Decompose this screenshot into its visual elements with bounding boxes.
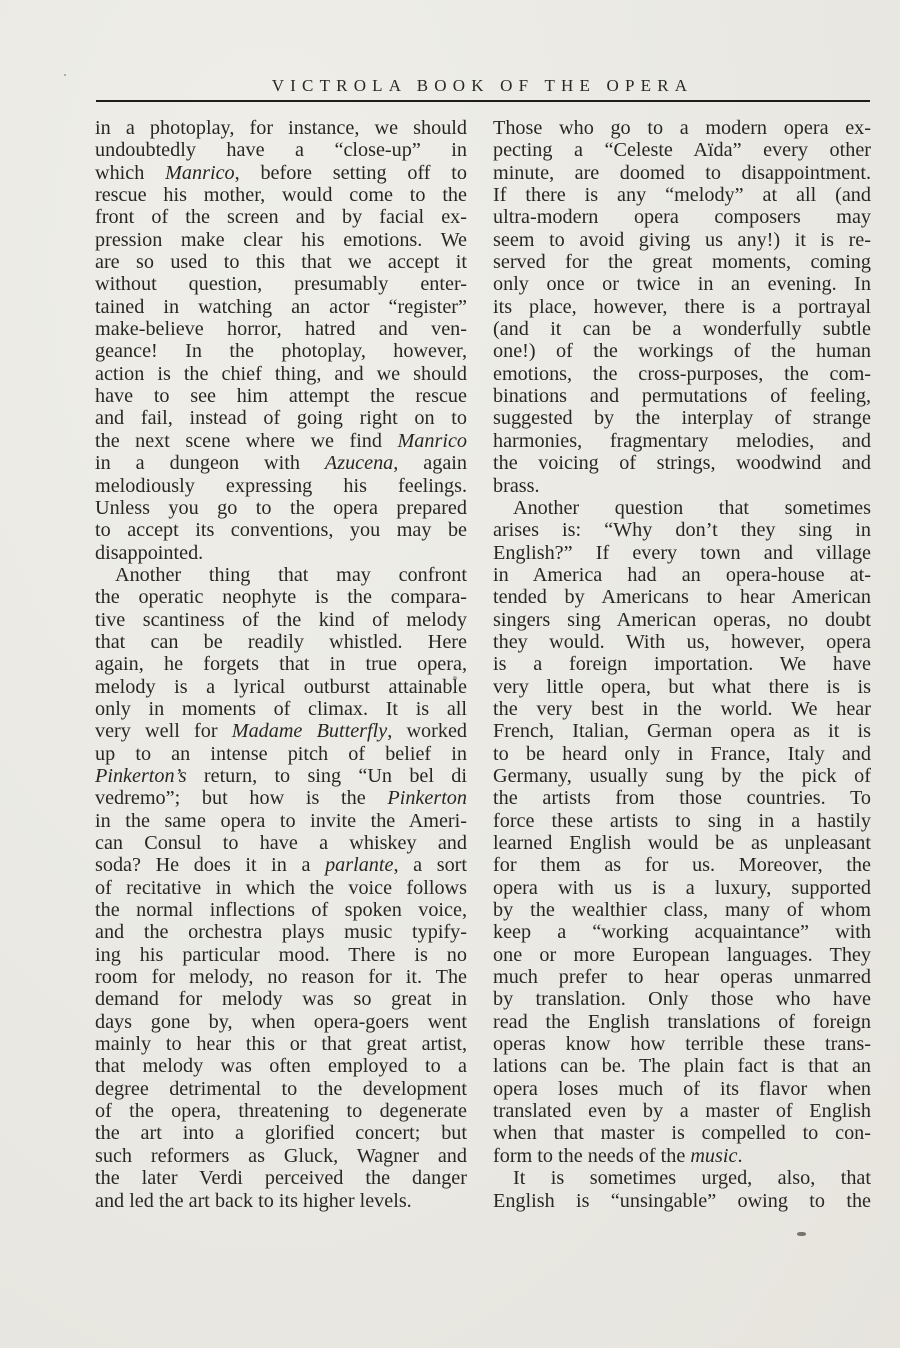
text-line: in a dungeon with Azucena, again	[95, 452, 467, 474]
text-segment: make-believe horror, hatred and ven-	[95, 318, 467, 340]
text-segment: one!) of the workings of the human	[493, 340, 871, 362]
text-segment: Another thing that may confront	[115, 564, 467, 586]
text-line: pecting a “Celeste Aïda” every other	[493, 139, 871, 161]
italic-title: Manrico	[165, 162, 235, 184]
text-line: harmonies, fragmentary melodies, and	[493, 430, 871, 452]
text-line: Those who go to a modern opera ex-	[493, 117, 871, 139]
text-segment: by translation. Only those who have	[493, 988, 871, 1010]
text-line: of the opera, threatening to degenerate	[95, 1100, 467, 1122]
text-line: form to the needs of the music.	[493, 1145, 871, 1167]
text-line: Another question that sometimes	[493, 497, 871, 519]
text-segment: melodiously expressing his feelings.	[95, 475, 467, 497]
text-line: action is the chief thing, and we should	[95, 363, 467, 385]
text-segment: suggested by the interplay of strange	[493, 407, 871, 429]
text-segment: have to see him attempt the rescue	[95, 385, 467, 407]
text-segment: the art into a glorified concert; but	[95, 1122, 467, 1144]
text-line: keep a “working acquaintance” with	[493, 921, 871, 943]
right-column: Those who go to a modern opera ex-pectin…	[493, 117, 871, 1212]
text-segment: , worked	[387, 720, 467, 742]
italic-title: Pinkerton’s	[95, 765, 187, 787]
text-line: without question, presumably enter-	[95, 273, 467, 295]
text-line: Unless you go to the opera prepared	[95, 497, 467, 519]
text-line: to accept its conventions, you may be	[95, 519, 467, 541]
text-segment: the later Verdi perceived the danger	[95, 1167, 467, 1189]
text-line: in America had an opera-house at-	[493, 564, 871, 586]
text-segment: that melody was often employed to a	[95, 1055, 467, 1077]
text-line: very well for Madame Butterfly, worked	[95, 720, 467, 742]
text-line: when that master is compelled to con-	[493, 1122, 871, 1144]
text-line: again, he forgets that in true opera,	[95, 653, 467, 675]
text-segment: disappointed.	[95, 542, 203, 564]
text-line: pression make clear his emotions. We	[95, 229, 467, 251]
text-segment: front of the screen and by facial ex-	[95, 206, 467, 228]
text-segment: Unless you go to the opera prepared	[95, 497, 467, 519]
text-line: only once or twice in an evening. In	[493, 273, 871, 295]
text-segment: and led the art back to its higher level…	[95, 1190, 412, 1212]
text-segment: harmonies, fragmentary melodies, and	[493, 430, 871, 452]
text-line: which Manrico, before setting off to	[95, 162, 467, 184]
text-segment: English?” If every town and village	[493, 542, 871, 564]
text-line: English is “unsingable” owing to the	[493, 1190, 871, 1212]
text-segment: they would. With us, however, opera	[493, 631, 871, 653]
text-line: up to an intense pitch of belief in	[95, 743, 467, 765]
text-line: disappointed.	[95, 542, 467, 564]
italic-title: Azucena	[325, 452, 393, 474]
text-segment: form to the needs of the	[493, 1145, 690, 1167]
text-line: and led the art back to its higher level…	[95, 1190, 467, 1212]
text-segment: the next scene where we find	[95, 430, 397, 452]
text-segment: when that master is compelled to con-	[493, 1122, 871, 1144]
text-segment: Germany, usually sung by the pick of	[493, 765, 871, 787]
text-segment: ultra-modern opera composers may	[493, 206, 871, 228]
text-segment: demand for melody was so great in	[95, 988, 467, 1010]
text-line: in a photoplay, for instance, we should	[95, 117, 467, 139]
text-segment: are so used to this that we accept it	[95, 251, 467, 273]
text-line: ultra-modern opera composers may	[493, 206, 871, 228]
text-segment: such reformers as Gluck, Wagner and	[95, 1145, 467, 1167]
text-line: that can be readily whistled. Here	[95, 631, 467, 653]
text-segment: undoubtedly have a “close-up” in	[95, 139, 467, 161]
text-line: vedremo”; but how is the Pinkerton	[95, 787, 467, 809]
text-line: seem to avoid giving us any!) it is re-	[493, 229, 871, 251]
text-line: translated even by a master of English	[493, 1100, 871, 1122]
text-line: the very best in the world. We hear	[493, 698, 871, 720]
text-line: geance! In the photoplay, however,	[95, 340, 467, 362]
text-line: lations can be. The plain fact is that a…	[493, 1055, 871, 1077]
text-segment: English is “unsingable” owing to the	[493, 1190, 871, 1212]
text-line: have to see him attempt the rescue	[95, 385, 467, 407]
text-segment: tive scantiness of the kind of melody	[95, 609, 467, 631]
text-segment: the voicing of strings, woodwind and	[493, 452, 871, 474]
text-segment: geance! In the photoplay, however,	[95, 340, 467, 362]
text-line: (and it can be a wonderfully subtle	[493, 318, 871, 340]
text-line: tive scantiness of the kind of melody	[95, 609, 467, 631]
text-line: Pinkerton’s return, to sing “Un bel di	[95, 765, 467, 787]
text-segment: of the opera, threatening to degenerate	[95, 1100, 467, 1122]
text-line: learned English would be as unpleasant	[493, 832, 871, 854]
text-line: minute, are doomed to disappointment.	[493, 162, 871, 184]
text-segment: Another question that sometimes	[513, 497, 871, 519]
text-segment: much prefer to hear operas unmarred	[493, 966, 871, 988]
text-line: in the same opera to invite the Ameri-	[95, 810, 467, 832]
text-segment: binations and permutations of feeling,	[493, 385, 871, 407]
text-segment: (and it can be a wonderfully subtle	[493, 318, 871, 340]
text-segment: singers sing American operas, no doubt	[493, 609, 871, 631]
text-segment: brass.	[493, 475, 540, 497]
text-segment: days gone by, when opera-goers went	[95, 1011, 467, 1033]
text-segment: served for the great moments, coming	[493, 251, 871, 273]
text-line: its place, however, there is a portrayal	[493, 296, 871, 318]
text-segment: one or more European languages. They	[493, 944, 871, 966]
paper-speck	[64, 74, 66, 76]
text-segment: minute, are doomed to disappointment.	[493, 162, 871, 184]
text-segment: pression make clear his emotions. We	[95, 229, 467, 251]
text-line: ing his particular mood. There is no	[95, 944, 467, 966]
text-segment: to be heard only in France, Italy and	[493, 743, 871, 765]
text-segment: lations can be. The plain fact is that a…	[493, 1055, 871, 1077]
text-line: to be heard only in France, Italy and	[493, 743, 871, 765]
text-line: French, Italian, German opera as it is	[493, 720, 871, 742]
text-segment: which	[95, 162, 165, 184]
running-title: VICTROLA BOOK OF THE OPERA	[95, 76, 870, 96]
text-segment: .	[737, 1145, 742, 1167]
italic-title: music	[690, 1145, 737, 1167]
text-line: It is sometimes urged, also, that	[493, 1167, 871, 1189]
text-segment: in a dungeon with	[95, 452, 325, 474]
text-line: force these artists to sing in a hastily	[493, 810, 871, 832]
text-line: melody is a lyrical outburst attainable	[95, 676, 467, 698]
text-line: read the English translations of foreign	[493, 1011, 871, 1033]
text-line: much prefer to hear operas unmarred	[493, 966, 871, 988]
text-segment: operas know how terrible these trans-	[493, 1033, 871, 1055]
text-segment: tended by Americans to hear American	[493, 586, 871, 608]
text-line: the later Verdi perceived the danger	[95, 1167, 467, 1189]
text-segment: arises is: “Why don’t they sing in	[493, 519, 871, 541]
text-line: operas know how terrible these trans-	[493, 1033, 871, 1055]
text-line: the operatic neophyte is the compara-	[95, 586, 467, 608]
text-segment: rescue his mother, would come to the	[95, 184, 467, 206]
italic-title: Pinkerton	[387, 787, 467, 809]
text-segment: opera with us is a luxury, supported	[493, 877, 871, 899]
text-line: arises is: “Why don’t they sing in	[493, 519, 871, 541]
text-line: can Consul to have a whiskey and	[95, 832, 467, 854]
text-segment: tained in watching an actor “register”	[95, 296, 467, 318]
text-line: that melody was often employed to a	[95, 1055, 467, 1077]
text-line: demand for melody was so great in	[95, 988, 467, 1010]
text-segment: and the orchestra plays music typify-	[95, 921, 467, 943]
text-segment: ing his particular mood. There is no	[95, 944, 467, 966]
text-line: of recitative in which the voice follows	[95, 877, 467, 899]
text-segment: return, to sing “Un bel di	[187, 765, 467, 787]
text-line: one or more European languages. They	[493, 944, 871, 966]
text-line: one!) of the workings of the human	[493, 340, 871, 362]
paper-speck	[797, 1232, 806, 1236]
text-segment: learned English would be as unpleasant	[493, 832, 871, 854]
text-segment: Those who go to a modern opera ex-	[493, 117, 871, 139]
text-line: opera with us is a luxury, supported	[493, 877, 871, 899]
text-line: the normal inflections of spoken voice,	[95, 899, 467, 921]
text-line: tained in watching an actor “register”	[95, 296, 467, 318]
text-line: make-believe horror, hatred and ven-	[95, 318, 467, 340]
left-column: in a photoplay, for instance, we shouldu…	[95, 117, 467, 1212]
text-line: brass.	[493, 475, 871, 497]
text-segment: only once or twice in an evening. In	[493, 273, 871, 295]
text-segment: translated even by a master of English	[493, 1100, 871, 1122]
text-line: opera loses much of its flavor when	[493, 1078, 871, 1100]
text-line: are so used to this that we accept it	[95, 251, 467, 273]
text-line: Germany, usually sung by the pick of	[493, 765, 871, 787]
text-line: and fail, instead of going right on to	[95, 407, 467, 429]
text-segment: room for melody, no reason for it. The	[95, 966, 467, 988]
text-segment: seem to avoid giving us any!) it is re-	[493, 229, 871, 251]
text-line: English?” If every town and village	[493, 542, 871, 564]
header-rule	[96, 100, 870, 102]
text-segment: the artists from those countries. To	[493, 787, 871, 809]
text-line: Another thing that may confront	[95, 564, 467, 586]
text-line: suggested by the interplay of strange	[493, 407, 871, 429]
text-line: the next scene where we find Manrico	[95, 430, 467, 452]
text-segment: pecting a “Celeste Aïda” every other	[493, 139, 871, 161]
text-segment: very little opera, but what there is is	[493, 676, 871, 698]
text-line: mainly to hear this or that great artist…	[95, 1033, 467, 1055]
text-segment: that can be readily whistled. Here	[95, 631, 467, 653]
text-segment: by the wealthier class, many of whom	[493, 899, 871, 921]
text-segment: the very best in the world. We hear	[493, 698, 871, 720]
text-segment: the normal inflections of spoken voice,	[95, 899, 467, 921]
text-segment: the operatic neophyte is the compara-	[95, 586, 467, 608]
text-segment: is a foreign importation. We have	[493, 653, 871, 675]
text-segment: If there is any “melody” at all (and	[493, 184, 871, 206]
text-segment: very well for	[95, 720, 232, 742]
text-segment: its place, however, there is a portrayal	[493, 296, 871, 318]
text-line: binations and permutations of feeling,	[493, 385, 871, 407]
text-segment: emotions, the cross-purposes, the com-	[493, 363, 871, 385]
text-segment: force these artists to sing in a hastily	[493, 810, 871, 832]
text-segment: without question, presumably enter-	[95, 273, 467, 295]
text-segment: opera loses much of its flavor when	[493, 1078, 871, 1100]
italic-title: Madame Butterfly	[232, 720, 387, 742]
text-segment: in America had an opera-house at-	[493, 564, 871, 586]
text-line: days gone by, when opera-goers went	[95, 1011, 467, 1033]
text-line: rescue his mother, would come to the	[95, 184, 467, 206]
text-segment: in the same opera to invite the Ameri-	[95, 810, 467, 832]
text-segment: mainly to hear this or that great artist…	[95, 1033, 467, 1055]
text-line: soda? He does it in a parlante, a sort	[95, 854, 467, 876]
text-segment: It is sometimes urged, also, that	[513, 1167, 871, 1189]
text-segment: up to an intense pitch of belief in	[95, 743, 467, 765]
text-line: emotions, the cross-purposes, the com-	[493, 363, 871, 385]
text-line: front of the screen and by facial ex-	[95, 206, 467, 228]
text-segment: , before setting off to	[235, 162, 467, 184]
text-segment: of recitative in which the voice follows	[95, 877, 467, 899]
text-line: and the orchestra plays music typify-	[95, 921, 467, 943]
text-line: room for melody, no reason for it. The	[95, 966, 467, 988]
text-line: the artists from those countries. To	[493, 787, 871, 809]
text-line: only in moments of climax. It is all	[95, 698, 467, 720]
text-line: they would. With us, however, opera	[493, 631, 871, 653]
text-line: served for the great moments, coming	[493, 251, 871, 273]
text-line: the voicing of strings, woodwind and	[493, 452, 871, 474]
text-segment: only in moments of climax. It is all	[95, 698, 467, 720]
text-line: by translation. Only those who have	[493, 988, 871, 1010]
text-segment: French, Italian, German opera as it is	[493, 720, 871, 742]
text-line: melodiously expressing his feelings.	[95, 475, 467, 497]
text-line: If there is any “melody” at all (and	[493, 184, 871, 206]
text-segment: soda? He does it in a	[95, 854, 325, 876]
text-line: the art into a glorified concert; but	[95, 1122, 467, 1144]
text-segment: can Consul to have a whiskey and	[95, 832, 467, 854]
text-line: such reformers as Gluck, Wagner and	[95, 1145, 467, 1167]
text-line: undoubtedly have a “close-up” in	[95, 139, 467, 161]
text-segment: action is the chief thing, and we should	[95, 363, 467, 385]
text-segment: in a photoplay, for instance, we should	[95, 117, 467, 139]
italic-title: Manrico	[397, 430, 467, 452]
text-segment: to accept its conventions, you may be	[95, 519, 467, 541]
text-line: degree detrimental to the development	[95, 1078, 467, 1100]
text-segment: , again	[393, 452, 467, 474]
text-segment: again, he forgets that in true opera,	[95, 653, 467, 675]
text-segment: keep a “working acquaintance” with	[493, 921, 871, 943]
italic-title: parlante	[325, 854, 393, 876]
text-segment: read the English translations of foreign	[493, 1011, 871, 1033]
text-line: tended by Americans to hear American	[493, 586, 871, 608]
text-line: singers sing American operas, no doubt	[493, 609, 871, 631]
text-segment: , a sort	[393, 854, 467, 876]
text-segment: for them as for us. Moreover, the	[493, 854, 871, 876]
text-segment: melody is a lyrical outburst attainable	[95, 676, 467, 698]
text-line: very little opera, but what there is is	[493, 676, 871, 698]
text-segment: and fail, instead of going right on to	[95, 407, 467, 429]
text-line: for them as for us. Moreover, the	[493, 854, 871, 876]
text-segment: degree detrimental to the development	[95, 1078, 467, 1100]
text-line: by the wealthier class, many of whom	[493, 899, 871, 921]
text-line: is a foreign importation. We have	[493, 653, 871, 675]
paper-speck	[453, 676, 457, 680]
text-segment: vedremo”; but how is the	[95, 787, 387, 809]
